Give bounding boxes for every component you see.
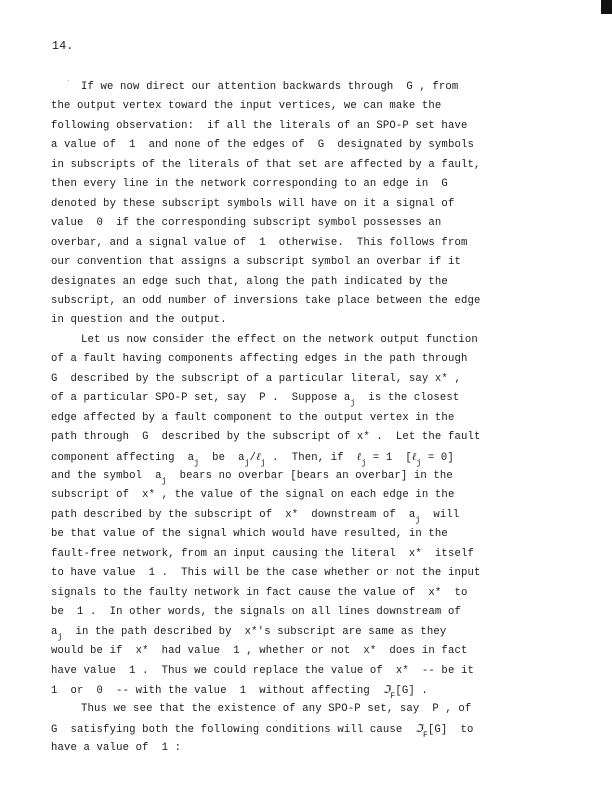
text-line: following observation: if all the litera…	[51, 119, 467, 133]
text-line: value 0 if the corresponding subscript s…	[51, 216, 441, 230]
text-line: Thus we see that the existence of any SP…	[81, 702, 471, 716]
text-line: designates an edge such that, along the …	[51, 275, 448, 289]
text-line: component affecting aj be aj/ℓj . Then, …	[51, 450, 454, 465]
text-line: of a particular SPO-P set, say P . Suppo…	[51, 391, 459, 405]
text-line: have value 1 . Thus we could replace the…	[51, 664, 474, 678]
text-line: G described by the subscript of a partic…	[51, 372, 461, 386]
text-line: and the symbol aj bears no overbar [bear…	[51, 469, 453, 483]
text-line: denoted by these subscript symbols will …	[51, 197, 454, 211]
text-line: path described by the subscript of x* do…	[51, 508, 459, 522]
text-line: subscript of x* , the value of the signa…	[51, 488, 454, 502]
text-line: fault-free network, from an input causin…	[51, 547, 474, 561]
text-line: in subscripts of the literals of that se…	[51, 158, 480, 172]
scan-registration-mark	[601, 0, 612, 14]
text-line: would be if x* had value 1 , whether or …	[51, 644, 467, 658]
text-line: the output vertex toward the input verti…	[51, 99, 441, 113]
text-line: overbar, and a signal value of 1 otherwi…	[51, 236, 467, 250]
text-line: path through G described by the subscrip…	[51, 430, 480, 444]
scan-speck	[258, 722, 259, 723]
text-line: edge affected by a fault component to th…	[51, 411, 454, 425]
text-line: our convention that assigns a subscript …	[51, 255, 461, 269]
page-number: 14.	[52, 40, 74, 53]
text-line: Let us now consider the effect on the ne…	[81, 333, 478, 347]
text-line: to have value 1 . This will be the case …	[51, 566, 480, 580]
text-line: be that value of the signal which would …	[51, 527, 448, 541]
text-line: then every line in the network correspon…	[51, 177, 448, 191]
text-line: G satisfying both the following conditio…	[51, 722, 473, 737]
text-line: 1 or 0 -- with the value 1 without affec…	[51, 683, 428, 698]
scan-speck	[276, 720, 277, 721]
text-line: of a fault having components affecting e…	[51, 352, 467, 366]
scan-speck	[68, 80, 69, 81]
text-line: have a value of 1 :	[51, 741, 181, 755]
text-line: a value of 1 and none of the edges of G …	[51, 138, 474, 152]
text-line: be 1 . In other words, the signals on al…	[51, 605, 461, 619]
text-line: If we now direct our attention backwards…	[81, 80, 458, 94]
text-line: subscript, an odd number of inversions t…	[51, 294, 480, 308]
text-line: aj in the path described by x*'s subscri…	[51, 625, 446, 639]
text-line: in question and the output.	[51, 313, 227, 327]
text-line: signals to the faulty network in fact ca…	[51, 586, 467, 600]
